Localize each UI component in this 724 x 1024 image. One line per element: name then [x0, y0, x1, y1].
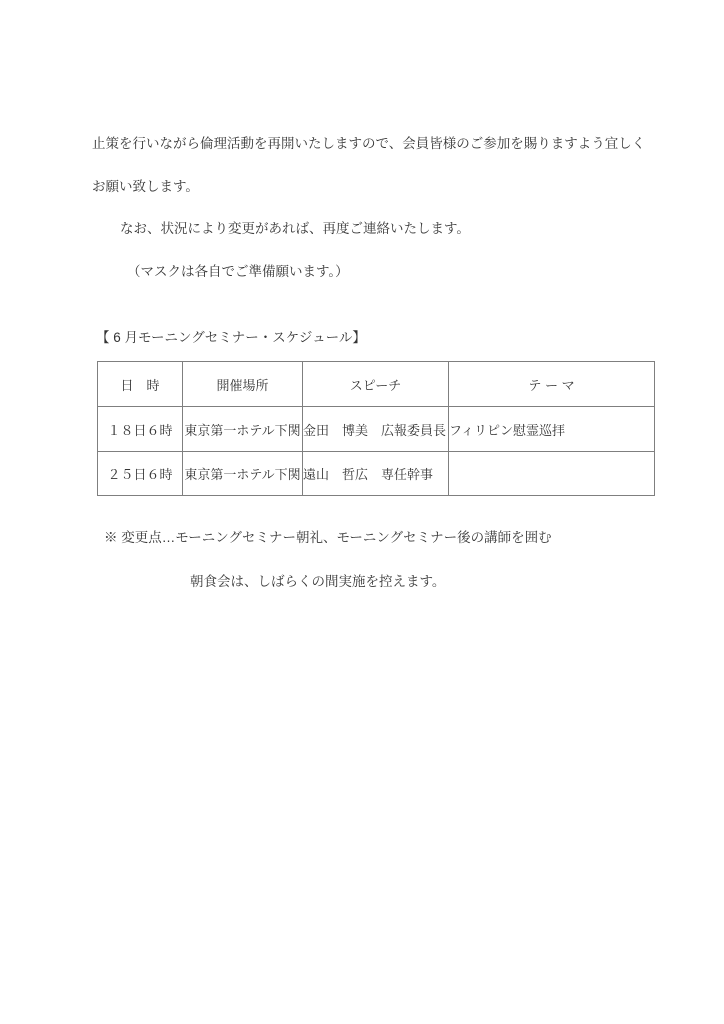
cell-datetime: １８日６時	[98, 407, 183, 452]
note-mask-line: （マスクは各自でご準備願います。）	[127, 263, 349, 281]
intro-line-2: お願い致します。	[92, 178, 199, 196]
schedule-table-container: 日 時 開催場所 スピーチ テ ー マ １８日６時 東京第一ホテル下関 金田 博…	[97, 361, 655, 496]
schedule-heading: 【 6 月モーニングセミナー・スケジュール】	[96, 329, 366, 347]
header-theme: テ ー マ	[449, 362, 655, 407]
header-place: 開催場所	[183, 362, 303, 407]
cell-place: 東京第一ホテル下関	[183, 452, 303, 496]
table-row: １８日６時 東京第一ホテル下関 金田 博美 広報委員長 フィリピン慰霊巡拝	[98, 407, 655, 452]
header-speech: スピーチ	[303, 362, 449, 407]
cell-speech: 遠山 哲広 専任幹事	[303, 452, 449, 496]
header-datetime: 日 時	[98, 362, 183, 407]
footnote-line-2: 朝食会は、しばらくの間実施を控えます。	[190, 573, 445, 591]
cell-datetime: ２５日６時	[98, 452, 183, 496]
cell-speech: 金田 博美 広報委員長	[303, 407, 449, 452]
cell-theme	[449, 452, 655, 496]
intro-line-1: 止策を行いながら倫理活動を再開いたしますので、会員皆様のご参加を賜りますよう宜し…	[92, 135, 645, 153]
cell-place: 東京第一ホテル下関	[183, 407, 303, 452]
table-row: ２５日６時 東京第一ホテル下関 遠山 哲広 専任幹事	[98, 452, 655, 496]
cell-theme: フィリピン慰霊巡拝	[449, 407, 655, 452]
note-change-line: なお、状況により変更があれば、再度ご連絡いたします。	[120, 220, 470, 238]
table-header-row: 日 時 開催場所 スピーチ テ ー マ	[98, 362, 655, 407]
footnote-line-1: ※ 変更点…モーニングセミナー朝礼、モーニングセミナー後の講師を囲む	[104, 529, 552, 547]
schedule-table: 日 時 開催場所 スピーチ テ ー マ １８日６時 東京第一ホテル下関 金田 博…	[97, 361, 655, 496]
document-page: 止策を行いながら倫理活動を再開いたしますので、会員皆様のご参加を賜りますよう宜し…	[0, 0, 724, 1024]
